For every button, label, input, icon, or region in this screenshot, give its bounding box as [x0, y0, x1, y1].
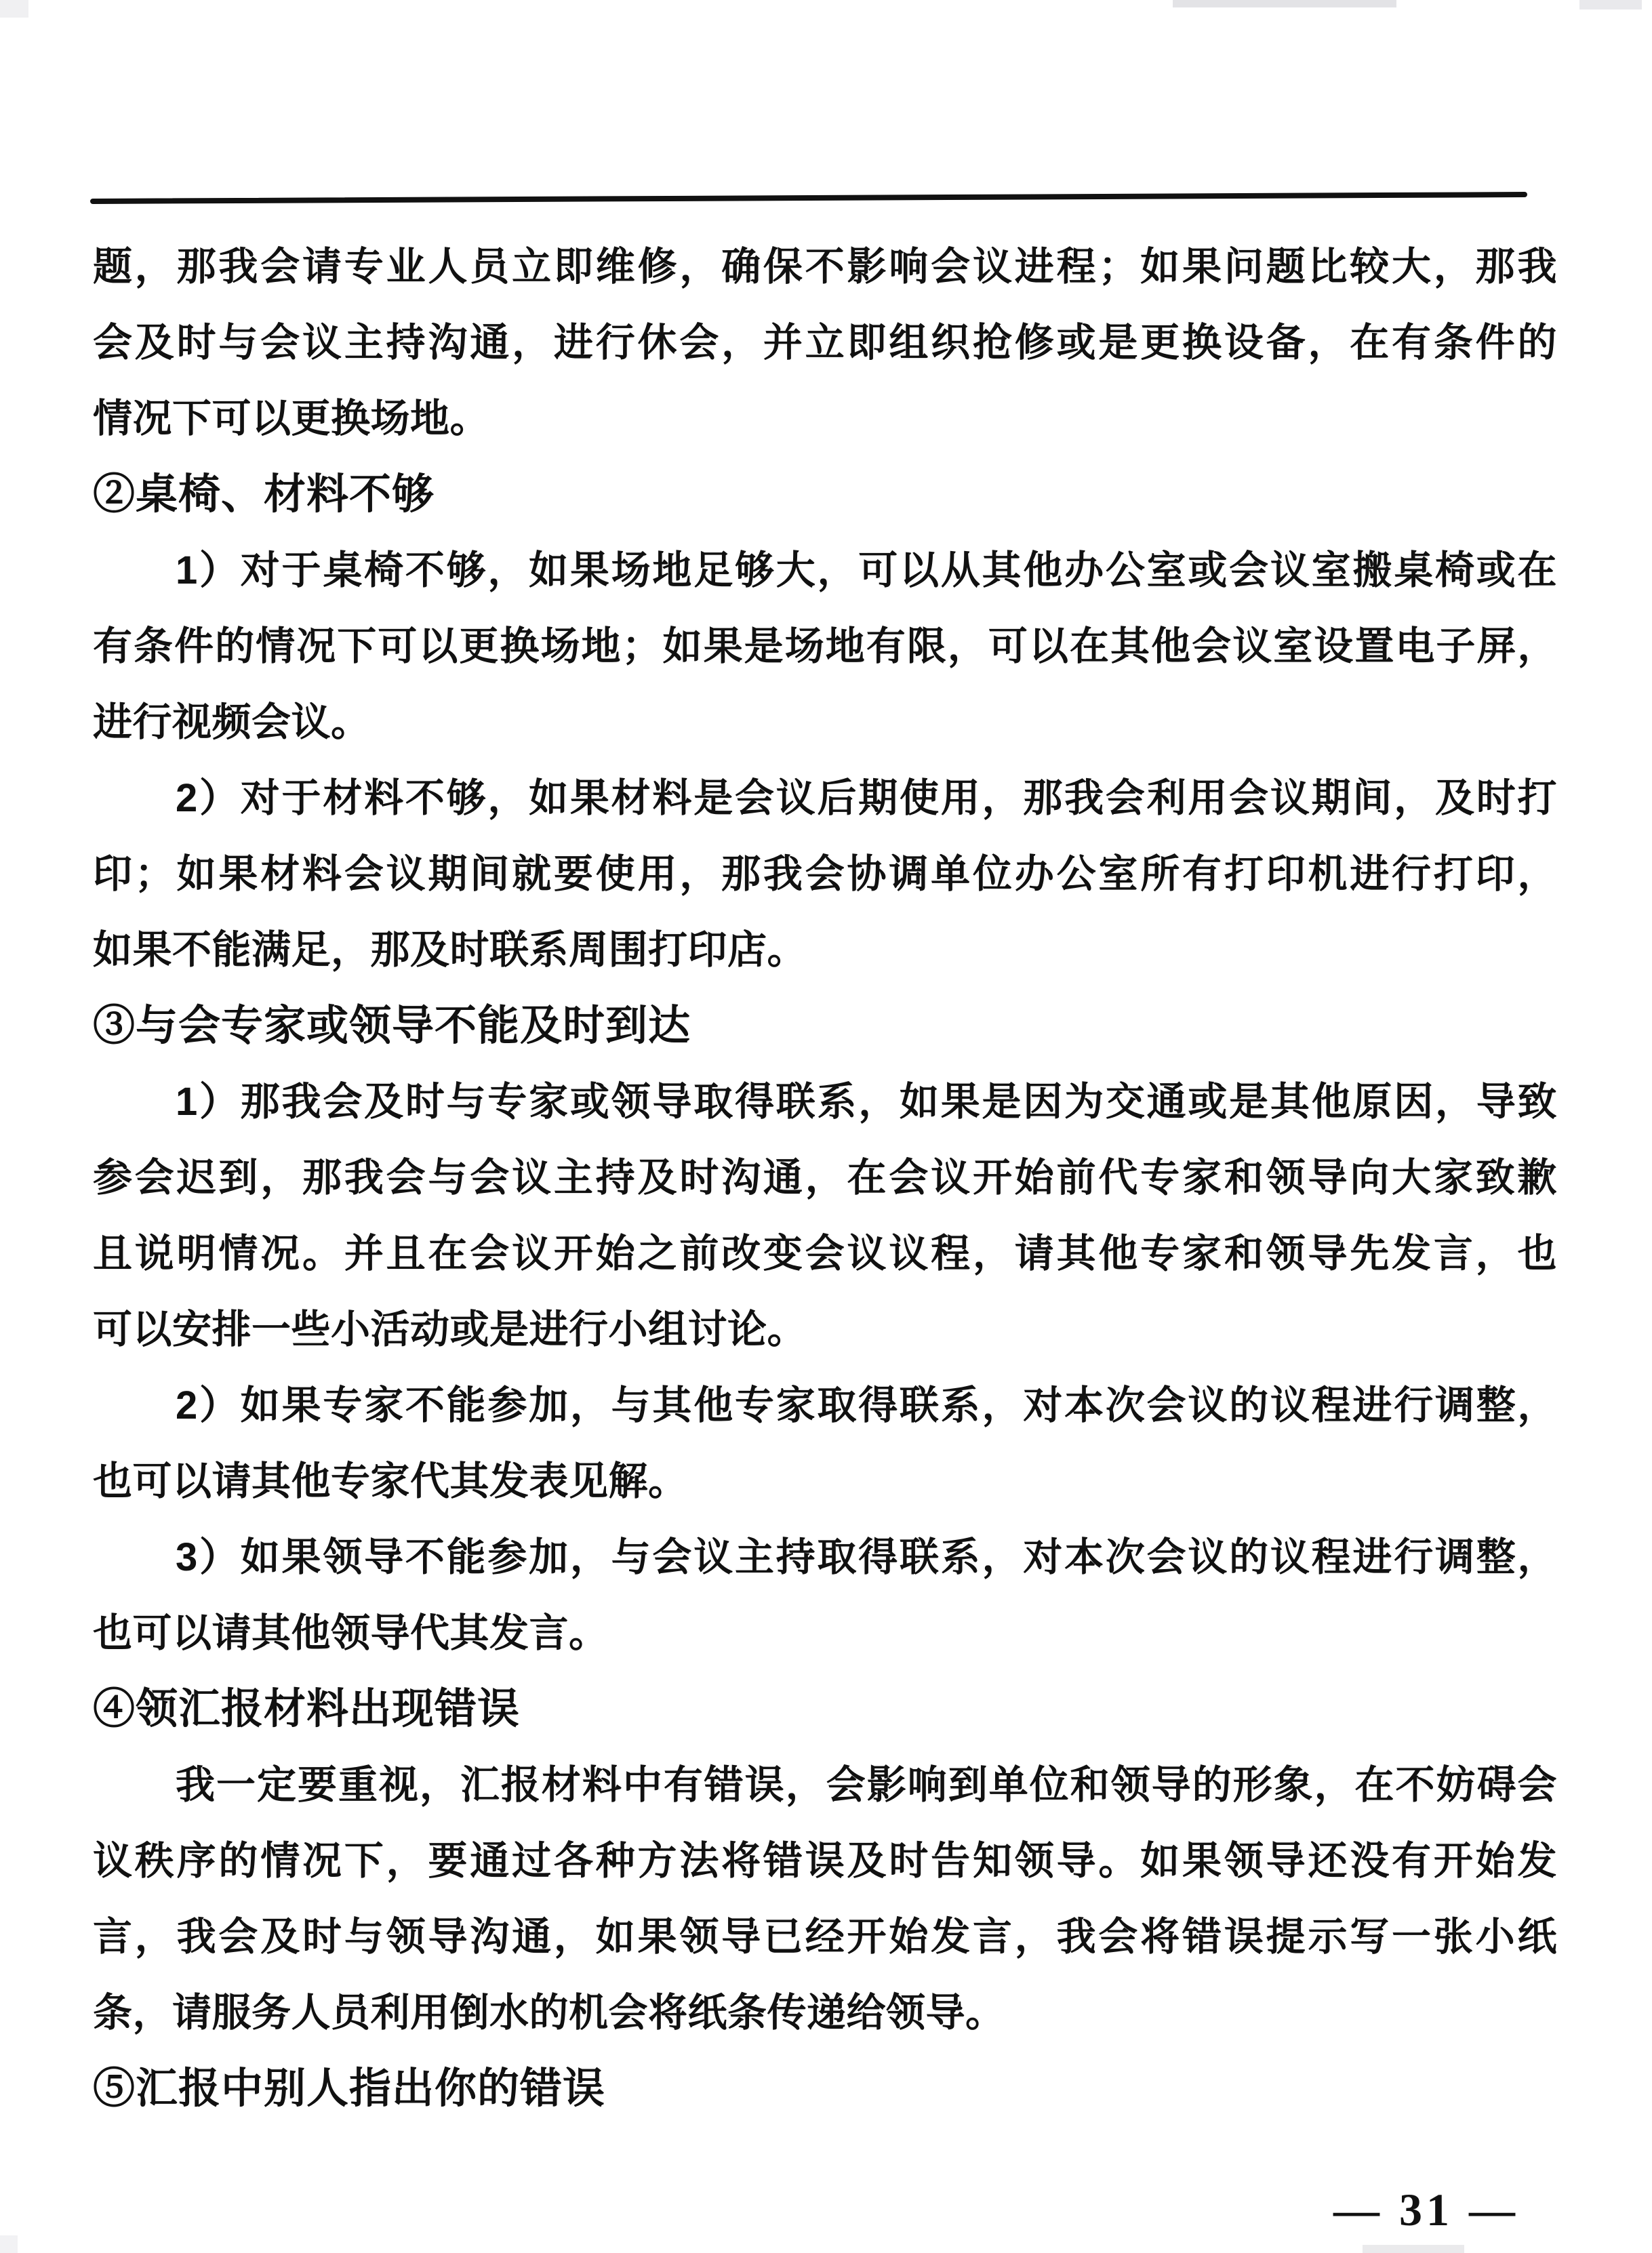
- text-line: 我一定要重视，汇报材料中有错误，会影响到单位和领导的形象，在不妨碍会: [93, 1747, 1557, 1823]
- text-line: 议秩序的情况下，要通过各种方法将错误及时告知领导。如果领导还没有开始发: [93, 1823, 1557, 1899]
- text-line: 题，那我会请专业人员立即维修，确保不影响会议进程；如果问题比较大，那我: [93, 229, 1557, 305]
- scan-artifact: [1363, 2245, 1464, 2253]
- text-line: 可以安排一些小活动或是进行小组讨论。: [93, 1292, 1557, 1368]
- text-line: 1）那我会及时与专家或领导取得联系，如果是因为交通或是其他原因，导致: [93, 1064, 1557, 1140]
- text-line: 也可以请其他专家代其发表见解。: [93, 1444, 1557, 1520]
- text-line: 会及时与会议主持沟通，进行休会，并立即组织抢修或是更换设备，在有条件的: [93, 305, 1557, 381]
- section-heading: ②桌椅、材料不够: [93, 457, 1557, 533]
- scan-artifact: [1579, 0, 1642, 9]
- section-heading: ⑤汇报中别人指出你的错误: [93, 2051, 1557, 2127]
- text-line: 印；如果材料会议期间就要使用，那我会协调单位办公室所有打印机进行打印，: [93, 836, 1557, 912]
- page-number: — 31 —: [1333, 2184, 1519, 2235]
- text-line: 条，请服务人员利用倒水的机会将纸条传递给领导。: [93, 1975, 1557, 2051]
- text-line: 1）对于桌椅不够，如果场地足够大，可以从其他办公室或会议室搬桌椅或在: [93, 533, 1557, 609]
- document-page: 题，那我会请专业人员立即维修，确保不影响会议进程；如果问题比较大，那我会及时与会…: [0, 0, 1652, 2253]
- document-content: 题，那我会请专业人员立即维修，确保不影响会议进程；如果问题比较大，那我会及时与会…: [93, 229, 1557, 2127]
- scan-artifact: [0, 0, 28, 18]
- text-line: 参会迟到，那我会与会议主持及时沟通，在会议开始前代专家和领导向大家致歉: [93, 1140, 1557, 1216]
- text-line: 2）对于材料不够，如果材料是会议后期使用，那我会利用会议期间，及时打: [93, 760, 1557, 836]
- text-line: 且说明情况。并且在会议开始之前改变会议议程，请其他专家和领导先发言，也: [93, 1216, 1557, 1292]
- text-line: 也可以请其他领导代其发言。: [93, 1596, 1557, 1671]
- text-line: 2）如果专家不能参加，与其他专家取得联系，对本次会议的议程进行调整，: [93, 1368, 1557, 1444]
- text-line: 情况下可以更换场地。: [93, 381, 1557, 457]
- section-heading: ③与会专家或领导不能及时到达: [93, 988, 1557, 1064]
- text-line: 3）如果领导不能参加，与会议主持取得联系，对本次会议的议程进行调整，: [93, 1520, 1557, 1596]
- text-line: 进行视频会议。: [93, 685, 1557, 760]
- section-heading: ④领汇报材料出现错误: [93, 1671, 1557, 1747]
- text-line: 有条件的情况下可以更换场地；如果是场地有限，可以在其他会议室设置电子屏，: [93, 609, 1557, 685]
- header-rule: [90, 192, 1527, 204]
- text-line: 言，我会及时与领导沟通，如果领导已经开始发言，我会将错误提示写一张小纸: [93, 1899, 1557, 1975]
- scan-artifact: [0, 2235, 18, 2253]
- scan-artifact: [1173, 0, 1396, 7]
- text-line: 如果不能满足，那及时联系周围打印店。: [93, 912, 1557, 988]
